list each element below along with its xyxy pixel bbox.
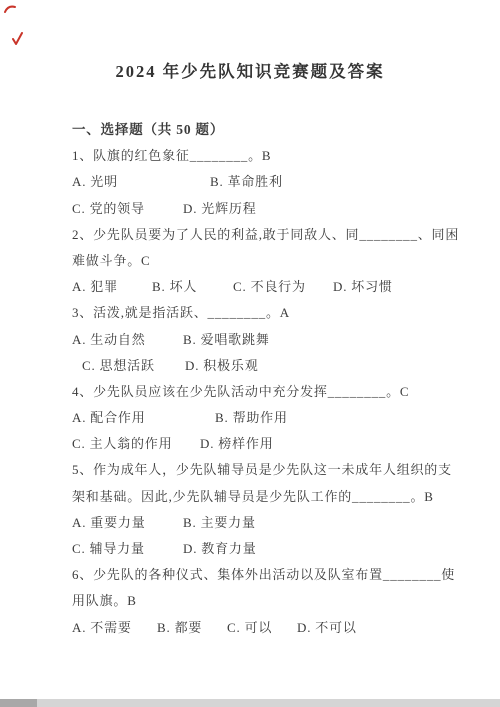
question-4-text: 4、少先队员应该在少先队活动中充分发挥________。C bbox=[72, 379, 472, 405]
option-d: D. 教育力量 bbox=[183, 536, 257, 562]
option-b: B. 主要力量 bbox=[183, 510, 256, 536]
question-6-options-row-1: A. 不需要B. 都要C. 可以D. 不可以 bbox=[72, 615, 472, 641]
option-b: B. 爱唱歌跳舞 bbox=[183, 327, 270, 353]
option-c: C. 可以 bbox=[227, 615, 297, 641]
question-5-text-line-1: 5、作为成年人，少先队辅导员是少先队这一未成年人组织的支 bbox=[72, 457, 472, 483]
option-a: A. 生动自然 bbox=[72, 327, 183, 353]
option-b: B. 坏人 bbox=[152, 274, 233, 300]
option-b: B. 帮助作用 bbox=[215, 405, 288, 431]
option-c: C. 不良行为 bbox=[233, 274, 333, 300]
page-bottom-left-block bbox=[0, 699, 37, 707]
question-5-options-row-1: A. 重要力量B. 主要力量 bbox=[72, 510, 472, 536]
red-annotation-mark-icon bbox=[4, 4, 17, 14]
document-page: 2024 年少先队知识竞赛题及答案 一、选择题（共 50 题） 1、队旗的红色象… bbox=[0, 0, 500, 707]
option-a: A. 重要力量 bbox=[72, 510, 183, 536]
document-title: 2024 年少先队知识竞赛题及答案 bbox=[0, 58, 500, 82]
question-5-options-row-2: C. 辅导力量D. 教育力量 bbox=[72, 536, 472, 562]
option-d: D. 积极乐观 bbox=[185, 353, 259, 379]
option-c: C. 主人翁的作用 bbox=[72, 431, 200, 457]
option-d: D. 榜样作用 bbox=[200, 431, 274, 457]
option-a: A. 光明 bbox=[72, 169, 210, 195]
section-heading: 一、选择题（共 50 题） bbox=[72, 117, 472, 143]
question-6-text-line-2: 用队旗。B bbox=[72, 588, 472, 614]
option-a: A. 不需要 bbox=[72, 615, 157, 641]
question-2-text-line-2: 难做斗争。C bbox=[72, 248, 472, 274]
option-c: C. 党的领导 bbox=[72, 196, 183, 222]
option-d: D. 不可以 bbox=[297, 615, 357, 641]
option-b: B. 都要 bbox=[157, 615, 227, 641]
red-checkmark-icon bbox=[12, 32, 24, 46]
option-d: D. 光辉历程 bbox=[183, 196, 257, 222]
document-body: 一、选择题（共 50 题） 1、队旗的红色象征________。B A. 光明B… bbox=[72, 117, 472, 641]
option-c: C. 思想活跃 bbox=[82, 353, 185, 379]
option-d: D. 坏习惯 bbox=[333, 274, 393, 300]
question-1-options-row-2: C. 党的领导D. 光辉历程 bbox=[72, 196, 472, 222]
option-b: B. 革命胜利 bbox=[210, 169, 283, 195]
question-1-options-row-1: A. 光明B. 革命胜利 bbox=[72, 169, 472, 195]
question-5-text-line-2: 架和基础。因此,少先队辅导员是少先队工作的________。B bbox=[72, 484, 472, 510]
page-bottom-bar bbox=[0, 699, 500, 707]
question-6-text-line-1: 6、少先队的各种仪式、集体外出活动以及队室布置________使 bbox=[72, 562, 472, 588]
option-a: A. 配合作用 bbox=[72, 405, 215, 431]
question-2-text-line-1: 2、少先队员要为了人民的利益,敢于同敌人、同________、同困 bbox=[72, 222, 472, 248]
question-3-options-row-2: C. 思想活跃D. 积极乐观 bbox=[72, 353, 472, 379]
question-1-text: 1、队旗的红色象征________。B bbox=[72, 143, 472, 169]
option-a: A. 犯罪 bbox=[72, 274, 152, 300]
option-c: C. 辅导力量 bbox=[72, 536, 183, 562]
question-2-options-row-1: A. 犯罪B. 坏人C. 不良行为D. 坏习惯 bbox=[72, 274, 472, 300]
question-3-options-row-1: A. 生动自然B. 爱唱歌跳舞 bbox=[72, 327, 472, 353]
question-3-text: 3、活泼,就是指活跃、________。A bbox=[72, 300, 472, 326]
question-4-options-row-1: A. 配合作用B. 帮助作用 bbox=[72, 405, 472, 431]
question-4-options-row-2: C. 主人翁的作用D. 榜样作用 bbox=[72, 431, 472, 457]
